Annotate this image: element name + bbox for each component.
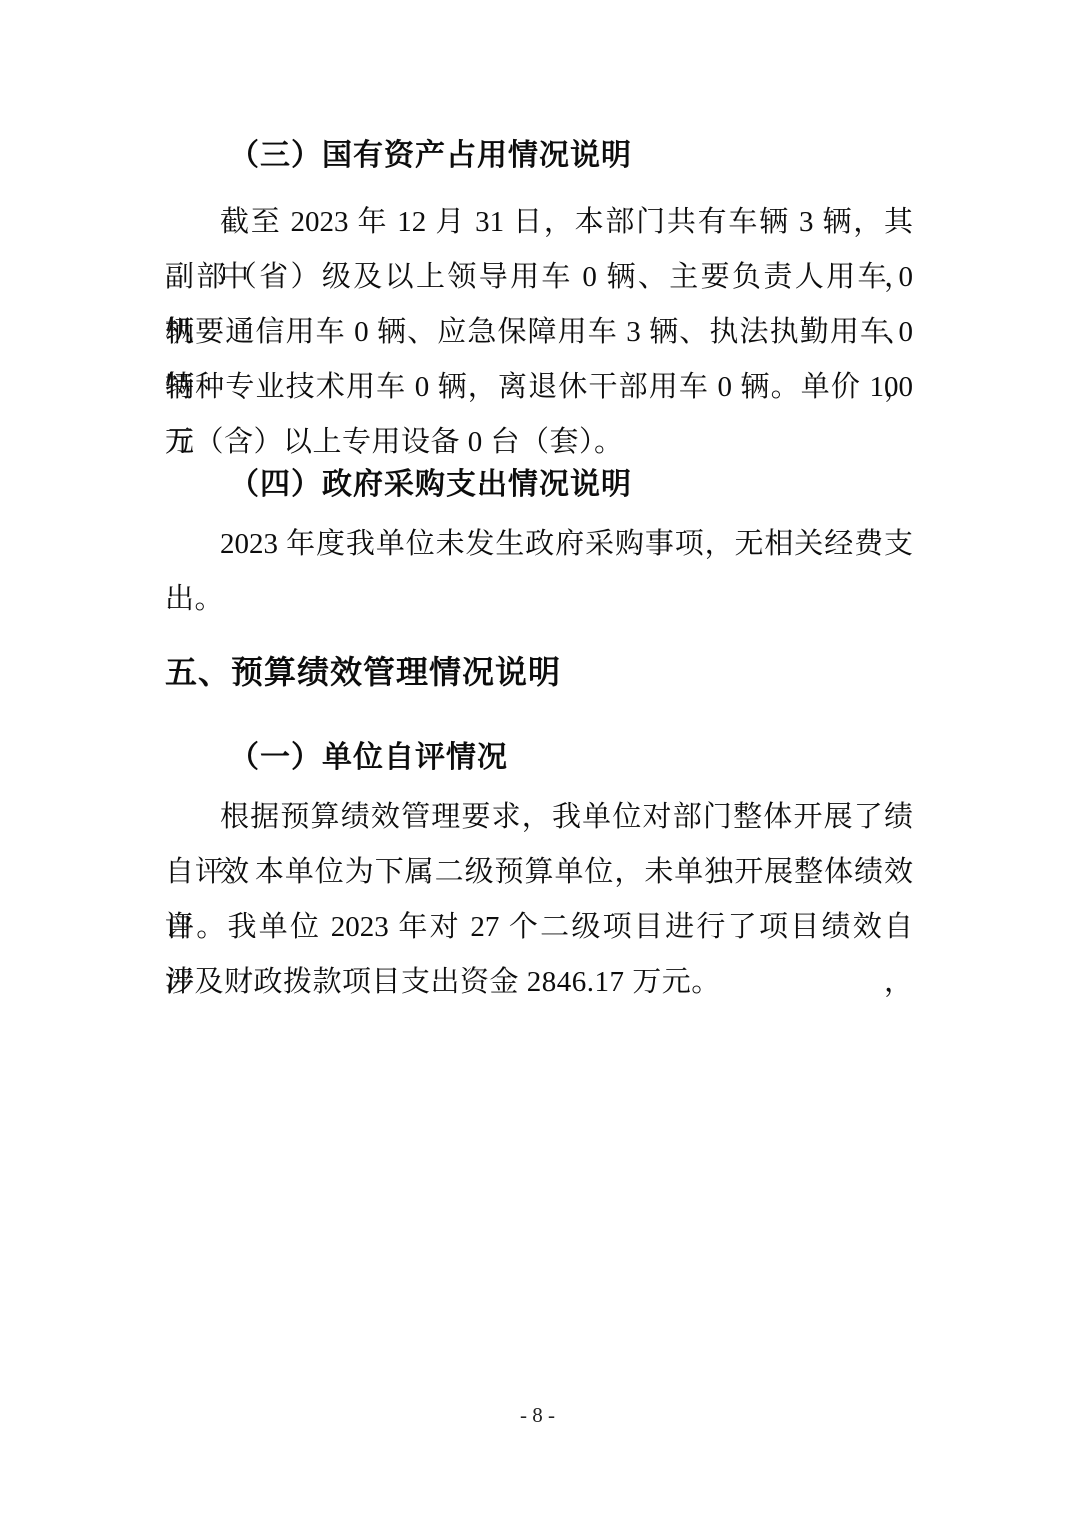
heading-self-evaluation: （一）单位自评情况: [165, 730, 977, 785]
heading-state-assets: （三）国有资产占用情况说明: [165, 128, 977, 183]
paragraph-self-evaluation: 根据预算绩效管理要求，我单位对部门整体开展了绩效 自评。本单位为下属二级预算单位…: [165, 790, 913, 1010]
paragraph-line: 根据预算绩效管理要求，我单位对部门整体开展了绩效: [165, 790, 913, 845]
paragraph-state-assets: 截至 2023 年 12 月 31 日，本部门共有车辆 3 辆，其中， 副部（省…: [165, 195, 913, 470]
paragraph-line: 评。我单位 2023 年对 27 个二级项目进行了项目绩效自评，: [165, 900, 913, 955]
document-page: （三）国有资产占用情况说明 截至 2023 年 12 月 31 日，本部门共有车…: [0, 0, 1075, 1520]
paragraph-line: 特种专业技术用车 0 辆，离退休干部用车 0 辆。单价 100 万: [165, 360, 913, 415]
paragraph-line: 副部（省）级及以上领导用车 0 辆、主要负责人用车 0 辆、: [165, 250, 913, 305]
paragraph-line: 2023 年度我单位未发生政府采购事项，无相关经费支: [165, 517, 913, 572]
paragraph-line: 截至 2023 年 12 月 31 日，本部门共有车辆 3 辆，其中，: [165, 195, 913, 250]
page-number: - 8 -: [0, 1400, 1075, 1430]
heading-gov-procurement: （四）政府采购支出情况说明: [165, 457, 977, 512]
paragraph-line: 出。: [165, 572, 913, 627]
heading-budget-performance: 五、预算绩效管理情况说明: [165, 645, 913, 700]
paragraph-gov-procurement: 2023 年度我单位未发生政府采购事项，无相关经费支 出。: [165, 517, 913, 627]
paragraph-line: 自评。本单位为下属二级预算单位，未单独开展整体绩效自: [165, 845, 913, 900]
paragraph-line: 机要通信用车 0 辆、应急保障用车 3 辆、执法执勤用车 0 辆，: [165, 305, 913, 360]
